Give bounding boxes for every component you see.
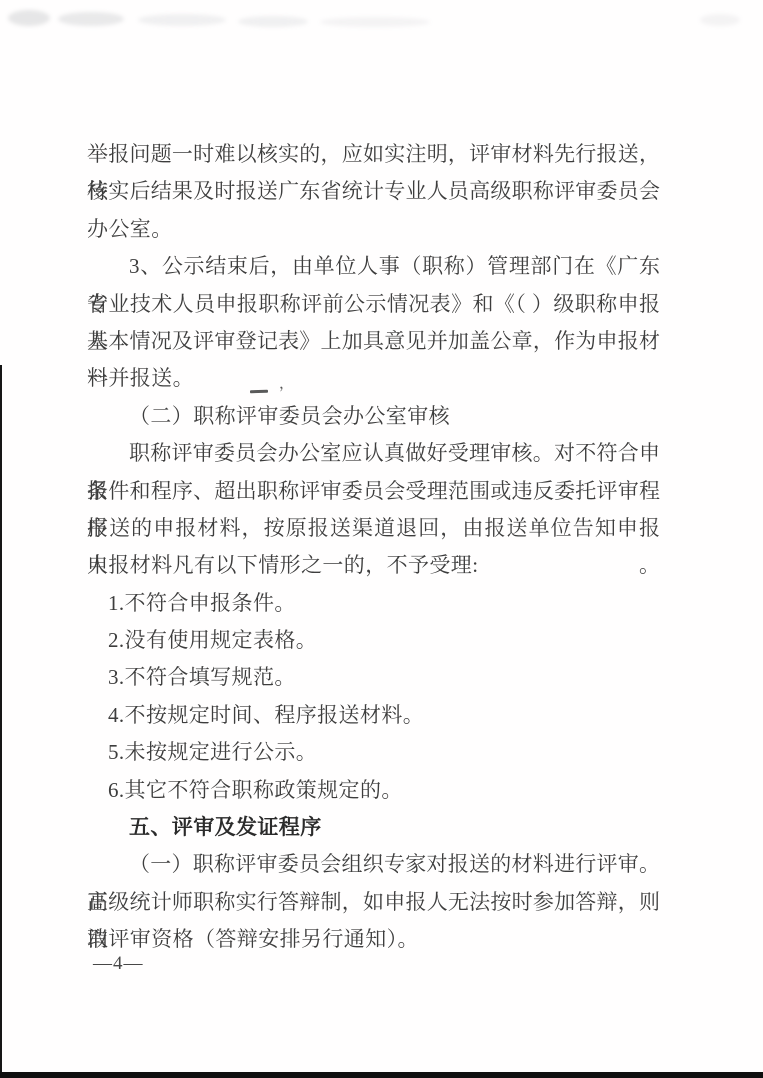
document-line: 专业技术人员申报职称评前公示情况表》和《（ ）级职称申报人 — [87, 286, 660, 323]
text-block: 举报问题一时难以核实的，应如实注明，评审材料先行报送，待 核实后结果及时报送广东… — [87, 136, 660, 959]
document-line: 办公室。 — [87, 211, 660, 248]
list-item: 5.未按规定进行公示。 — [87, 734, 660, 771]
scan-smudge — [8, 10, 50, 26]
scan-smudge — [58, 12, 124, 26]
document-page: 举报问题一时难以核实的，应如实注明，评审材料先行报送，待 核实后结果及时报送广东… — [0, 0, 763, 1078]
document-line: 基本情况及评审登记表》上加具意见并加盖公章，作为申报材料 — [87, 323, 660, 360]
scan-smudge — [138, 14, 226, 26]
list-item: 1.不符合申报条件。 — [87, 585, 660, 622]
document-line: 一并报送。 — [87, 360, 660, 397]
document-line: 3、公示结束后，由单位人事（职称）管理部门在《广东省 — [87, 248, 660, 285]
handwritten-comma-mark: ， — [279, 375, 294, 393]
document-line: 举报问题一时难以核实的，应如实注明，评审材料先行报送，待 — [87, 136, 660, 173]
page-number: —4— — [93, 951, 144, 977]
document-line: 条件和程序、超出职称评审委员会受理范围或违反委托评审程序 — [87, 473, 660, 510]
list-item: 6.其它不符合职称政策规定的。 — [87, 772, 660, 809]
scan-smudge — [320, 17, 430, 27]
scan-edge-left — [0, 365, 2, 1078]
document-line: 职称评审委员会办公室应认真做好受理审核。对不符合申报 — [87, 435, 660, 472]
document-line: 核实后结果及时报送广东省统计专业人员高级职称评审委员会 — [87, 173, 660, 210]
list-item: 4.不按规定时间、程序报送材料。 — [87, 697, 660, 734]
document-line: 高级统计师职称实行答辩制，如申报人无法按时参加答辩，则取 — [87, 884, 660, 921]
scan-smudge — [238, 16, 308, 27]
section-heading: 五、评审及发证程序 — [87, 809, 660, 846]
document-line: 消评审资格（答辩安排另行通知）。 — [87, 921, 660, 958]
scan-edge-bottom — [0, 1072, 763, 1078]
document-line: （一）职称评审委员会组织专家对报送的材料进行评审。正 — [87, 846, 660, 883]
list-item: 3.不符合填写规范。 — [87, 659, 660, 696]
scan-smudge — [700, 14, 740, 26]
subsection-heading: （二）职称评审委员会办公室审核 — [87, 398, 660, 435]
list-item: 2.没有使用规定表格。 — [87, 622, 660, 659]
document-line: 报送的申报材料，按原报送渠道退回，由报送单位告知申报人。 — [87, 510, 660, 547]
